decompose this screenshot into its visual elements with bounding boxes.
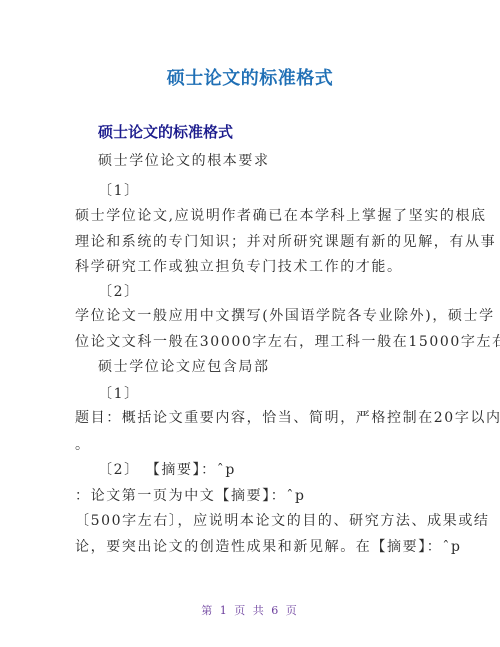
paragraph-line: 〔2〕 【摘要】：ˆp: [98, 461, 236, 479]
paragraph-line: ：论文第一页为中文【摘要】：ˆp: [75, 487, 306, 505]
paragraph-line: 〔500字左右〕，应说明本论文的目的、研究方法、成果或结: [75, 512, 490, 530]
paragraph-line: 。: [75, 436, 91, 454]
paragraph-line: 〔2〕: [98, 283, 140, 301]
paragraph-line: 硕士学位论文的根本要求: [98, 152, 270, 170]
paragraph-line: 理论和系统的专门知识；并对所研究课题有新的见解，有从事: [75, 233, 496, 251]
page-indicator: 第 1 页 共 6 页: [0, 602, 500, 618]
paragraph-line: 学位论文一般应用中文撰写(外国语学院各专业除外)，硕士学: [75, 307, 495, 325]
paragraph-line: 〔1〕: [98, 385, 140, 403]
paragraph-line: 〔1〕: [98, 182, 140, 200]
paragraph-line: 科学研究工作或独立担负专门技术工作的才能。: [75, 258, 403, 276]
section-heading: 硕士论文的标准格式: [98, 121, 233, 142]
document-page: 硕士论文的标准格式 硕士论文的标准格式 硕士学位论文的根本要求〔1〕硕士学位论文…: [0, 0, 500, 647]
paragraph-line: 位论文文科一般在30000字左右，理工科一般在15000字左右。: [75, 333, 500, 351]
paragraph-line: 题目：概括论文重要内容，恰当、简明，严格控制在20字以内: [75, 409, 500, 427]
paragraph-line: 论，要突出论文的创造性成果和新见解。在【摘要】：ˆp: [75, 538, 462, 556]
paragraph-line: 硕士学位论文,应说明作者确已在本学科上掌握了坚实的根底: [75, 207, 487, 225]
document-title: 硕士论文的标准格式: [0, 64, 500, 90]
paragraph-line: 硕士学位论文应包含局部: [98, 358, 270, 376]
